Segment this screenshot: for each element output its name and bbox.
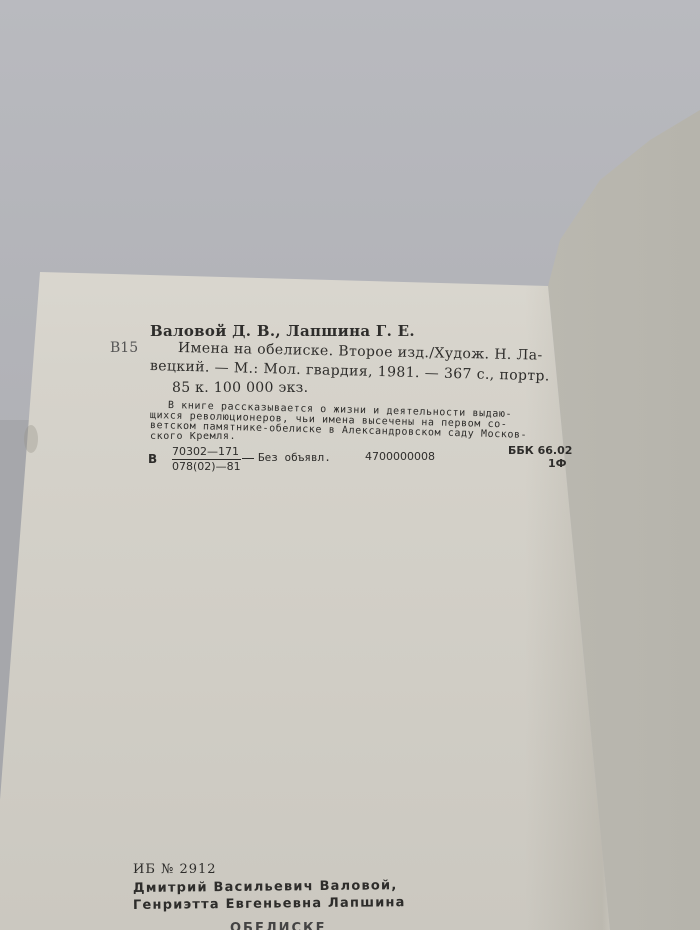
fraction-dash bbox=[242, 458, 254, 459]
index-fraction: 70302—171 078(02)—81 bbox=[172, 445, 241, 473]
isbn-code: 4700000008 bbox=[365, 450, 435, 463]
annotation-line: ского Кремля. bbox=[150, 431, 236, 442]
classification-code: В15 bbox=[110, 340, 138, 356]
page-smudge bbox=[24, 425, 38, 453]
bbk-sub: 1Ф bbox=[548, 457, 567, 470]
cut-off-title: ОБЕЛИСКЕ bbox=[230, 921, 327, 930]
no-announcement: Без объявл. bbox=[258, 451, 331, 464]
author-2-full-name: Генриэтта Евгеньевна Лапшина bbox=[133, 895, 406, 913]
author-1-full-name: Дмитрий Васильевич Валовой, bbox=[133, 878, 398, 896]
index-denominator: 078(02)—81 bbox=[172, 460, 241, 473]
price-print-run: 85 к. 100 000 экз. bbox=[172, 380, 308, 396]
index-numerator: 70302—171 bbox=[172, 445, 241, 460]
ib-number: ИБ № 2912 bbox=[133, 862, 217, 877]
index-letter: В bbox=[148, 452, 157, 466]
catalog-authors: Валовой Д. В., Лапшина Г. Е. bbox=[150, 322, 415, 340]
bbk-label: ББК 66.02 bbox=[508, 444, 572, 457]
